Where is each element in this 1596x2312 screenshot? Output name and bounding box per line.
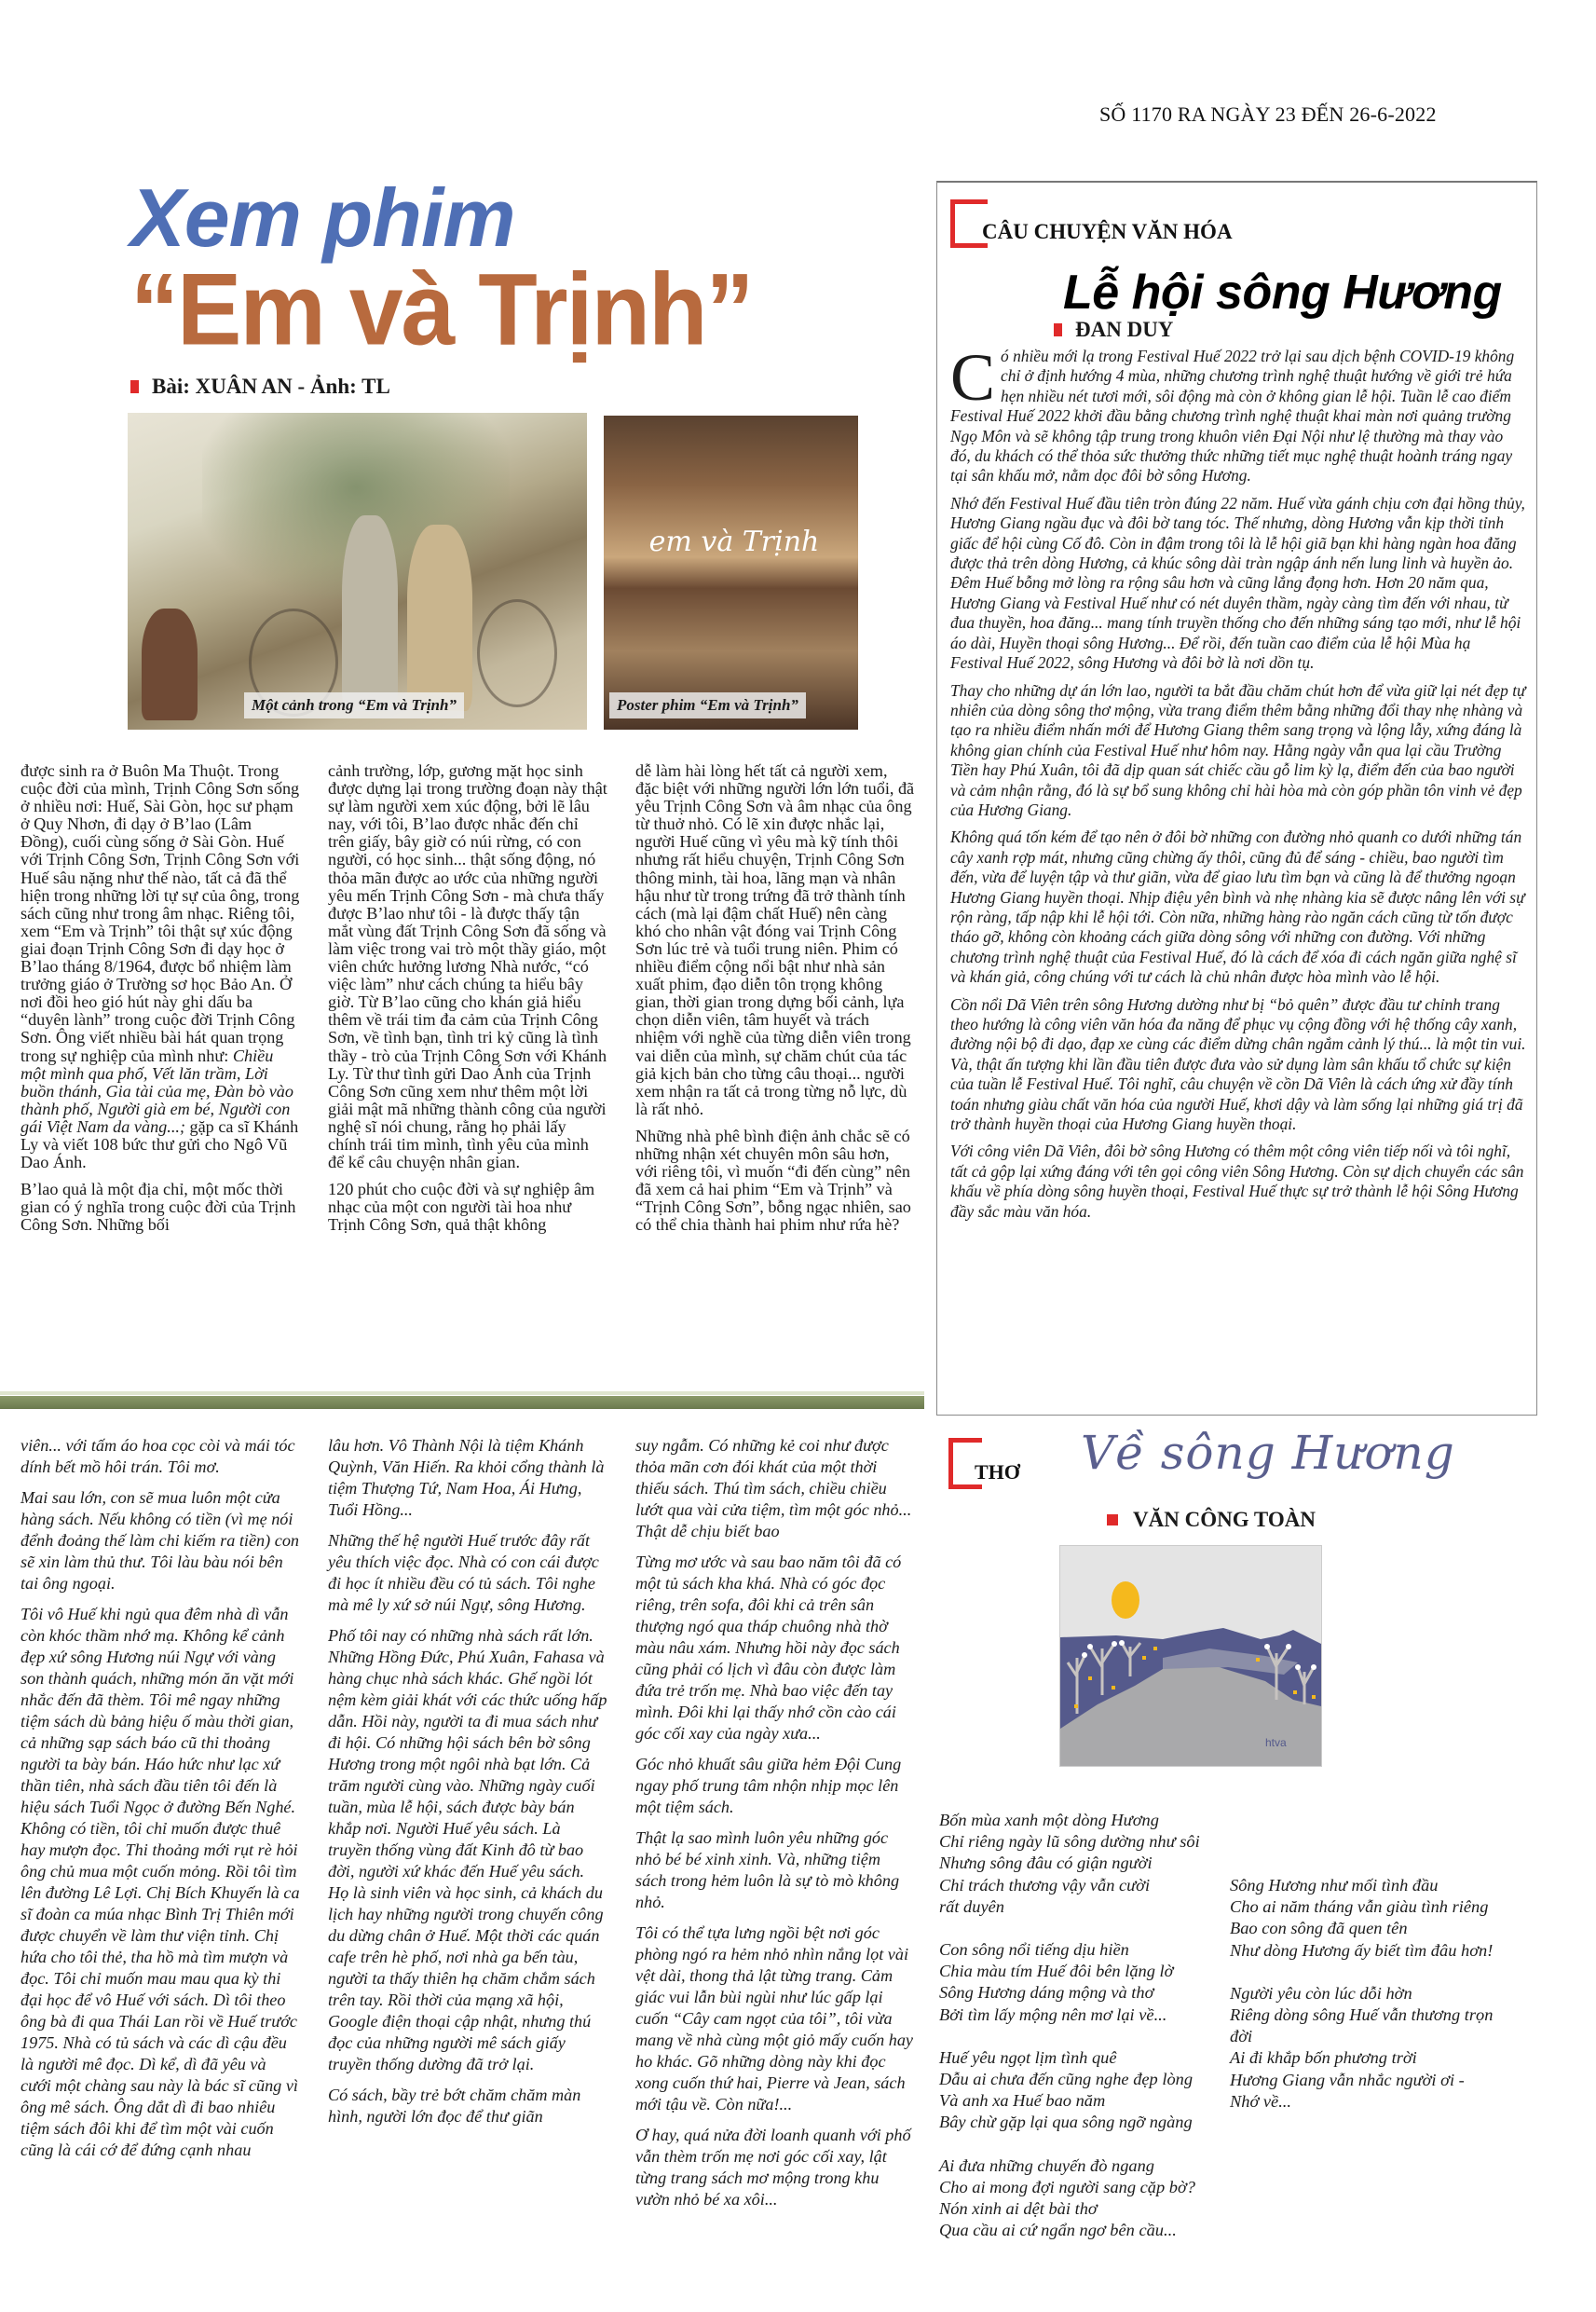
paragraph: Không quá tốn kém để tạo nên ở đôi bờ nh… xyxy=(950,828,1526,987)
paragraph: Với công viên Dã Viên, đôi bờ sông Hương… xyxy=(950,1142,1526,1222)
article-byline: Bài: XUÂN AN - Ảnh: TL xyxy=(130,375,390,399)
photo-caption: Một cảnh trong “Em và Trịnh” xyxy=(244,692,464,718)
poster-title: em và Trịnh xyxy=(641,527,827,557)
bicycle-wheel-icon xyxy=(477,599,557,707)
paragraph: Mai sau lớn, con sẽ mua luôn một cửa hàn… xyxy=(20,1487,300,1594)
figure-woman xyxy=(407,525,472,711)
river-landscape-icon: htva xyxy=(1060,1546,1321,1766)
essay-column-1: viên... với tấm áo hoa cọc còi và mái tó… xyxy=(20,1435,300,2170)
issue-line: SỐ 1170 RA NGÀY 23 ĐẾN 26-6-2022 xyxy=(1099,103,1437,127)
paragraph: suy ngẫm. Có những kẻ coi như được thỏa … xyxy=(635,1435,915,1542)
paragraph: B’lao quả là một địa chỉ, một mốc thời g… xyxy=(20,1181,300,1234)
poem-stanza: Sông Hương như mối tình đầuCho ai năm th… xyxy=(1230,1875,1493,1962)
poem-stanza: Huế yêu ngọt lịm tình quêDẫu ai chưa đến… xyxy=(939,2047,1200,2134)
paragraph: Có nhiều mới lạ trong Festival Huế 2022 … xyxy=(950,347,1526,486)
culture-story-box: CÂU CHUYỆN VĂN HÓA Lễ hội sông Hương ĐAN… xyxy=(936,181,1537,1416)
paragraph: Cồn nổi Dã Viên trên sông Hương dường nh… xyxy=(950,995,1526,1135)
section-kicker: CÂU CHUYỆN VĂN HÓA xyxy=(982,220,1233,244)
article-column-1: được sinh ra ở Buôn Ma Thuột. Trong cuộc… xyxy=(20,762,300,1243)
poem-author: VĂN CÔNG TOÀN xyxy=(1107,1508,1316,1532)
paragraph: Thật lạ sao mình luôn yêu những góc nhỏ … xyxy=(635,1827,915,1913)
paragraph: cảnh trường, lớp, gương mặt học sinh đượ… xyxy=(328,762,607,1171)
paragraph: Những thế hệ người Huế trước đây rất yêu… xyxy=(328,1530,607,1616)
byline-text: Bài: XUÂN AN - Ảnh: TL xyxy=(152,375,390,399)
poem-stanza: Người yêu còn lúc dỗi hờnRiêng dòng sông… xyxy=(1230,1983,1493,2113)
poem-left-column: Bốn mùa xanh một dòng HươngChỉ riêng ngà… xyxy=(939,1810,1200,2263)
essay-column-2: lâu hơn. Vô Thành Nội là tiệm Khánh Quỳn… xyxy=(328,1435,607,2137)
figure-man xyxy=(342,515,398,711)
figure-seated xyxy=(142,609,198,720)
paragraph: dễ làm hài lòng hết tất cả người xem, đặ… xyxy=(635,762,915,1118)
poem-title: Về sông Hương xyxy=(1081,1426,1455,1480)
poem-illustration: htva xyxy=(1059,1545,1322,1767)
paragraph: Thay cho những dự án lớn lao, người ta b… xyxy=(950,681,1526,821)
article-title-line1: Xem phim xyxy=(130,177,515,259)
paragraph: Những nhà phê bình điện ảnh chắc sẽ có n… xyxy=(635,1128,915,1235)
paragraph: Từng mơ ước và sau bao năm tôi đã có một… xyxy=(635,1552,915,1744)
article-column-3: dễ làm hài lòng hết tất cả người xem, đặ… xyxy=(635,762,915,1243)
film-scene-photo: Một cảnh trong “Em và Trịnh” xyxy=(128,413,587,730)
paragraph: Tôi có thể tựa lưng ngồi bệt nơi góc phò… xyxy=(635,1922,915,2115)
bullet-square-icon xyxy=(1054,323,1062,336)
article-title-line2: “Em và Trịnh” xyxy=(130,259,753,361)
poem-right-column: Sông Hương như mối tình đầuCho ai năm th… xyxy=(1230,1875,1493,2134)
bullet-square-icon xyxy=(130,380,139,393)
section-divider xyxy=(0,1396,924,1409)
paragraph: Góc nhỏ khuất sâu giữa hẻm Đội Cung ngay… xyxy=(635,1754,915,1818)
section-divider-highlight xyxy=(0,1391,924,1395)
poem-kicker: THƠ xyxy=(948,1438,1004,1494)
essay-column-3: suy ngẫm. Có những kẻ coi như được thỏa … xyxy=(635,1435,915,2220)
paragraph: lâu hơn. Vô Thành Nội là tiệm Khánh Quỳn… xyxy=(328,1435,607,1521)
poster-caption: Poster phim “Em và Trịnh” xyxy=(609,692,806,718)
poem-stanza: Ai đưa những chuyến đò ngangCho ai mong … xyxy=(939,2155,1200,2242)
box-author: ĐAN DUY xyxy=(1054,318,1173,342)
paragraph: Ơ hay, quá nửa đời loanh quanh với phố v… xyxy=(635,2125,915,2210)
film-poster: em và Trịnh Poster phim “Em và Trịnh” xyxy=(604,416,858,730)
box-body: Có nhiều mới lạ trong Festival Huế 2022 … xyxy=(950,347,1526,1229)
paragraph: viên... với tấm áo hoa cọc còi và mái tó… xyxy=(20,1435,300,1478)
article-column-2: cảnh trường, lớp, gương mặt học sinh đượ… xyxy=(328,762,607,1243)
paragraph: được sinh ra ở Buôn Ma Thuột. Trong cuộc… xyxy=(20,762,300,1171)
paragraph: Tôi vô Huế khi ngủ qua đêm nhà dì vẫn cò… xyxy=(20,1604,300,2161)
paragraph: 120 phút cho cuộc đời và sự nghiệp âm nh… xyxy=(328,1181,607,1234)
poem-stanza: Bốn mùa xanh một dòng HươngChỉ riêng ngà… xyxy=(939,1810,1200,1918)
paragraph: Có sách, bầy trẻ bớt chăm chăm màn hình,… xyxy=(328,2085,607,2127)
paragraph: Nhớ đến Festival Huế đầu tiên tròn đúng … xyxy=(950,494,1526,674)
paragraph: Phố tôi nay có những nhà sách rất lớn. N… xyxy=(328,1625,607,2075)
dropcap: C xyxy=(950,349,995,406)
poem-stanza: Con sông nổi tiếng dịu hiềnChia màu tím … xyxy=(939,1939,1200,2026)
painting-signature: htva xyxy=(1265,1736,1287,1749)
bullet-square-icon xyxy=(1107,1514,1118,1525)
box-title: Lễ hội sông Hương xyxy=(1063,265,1502,321)
